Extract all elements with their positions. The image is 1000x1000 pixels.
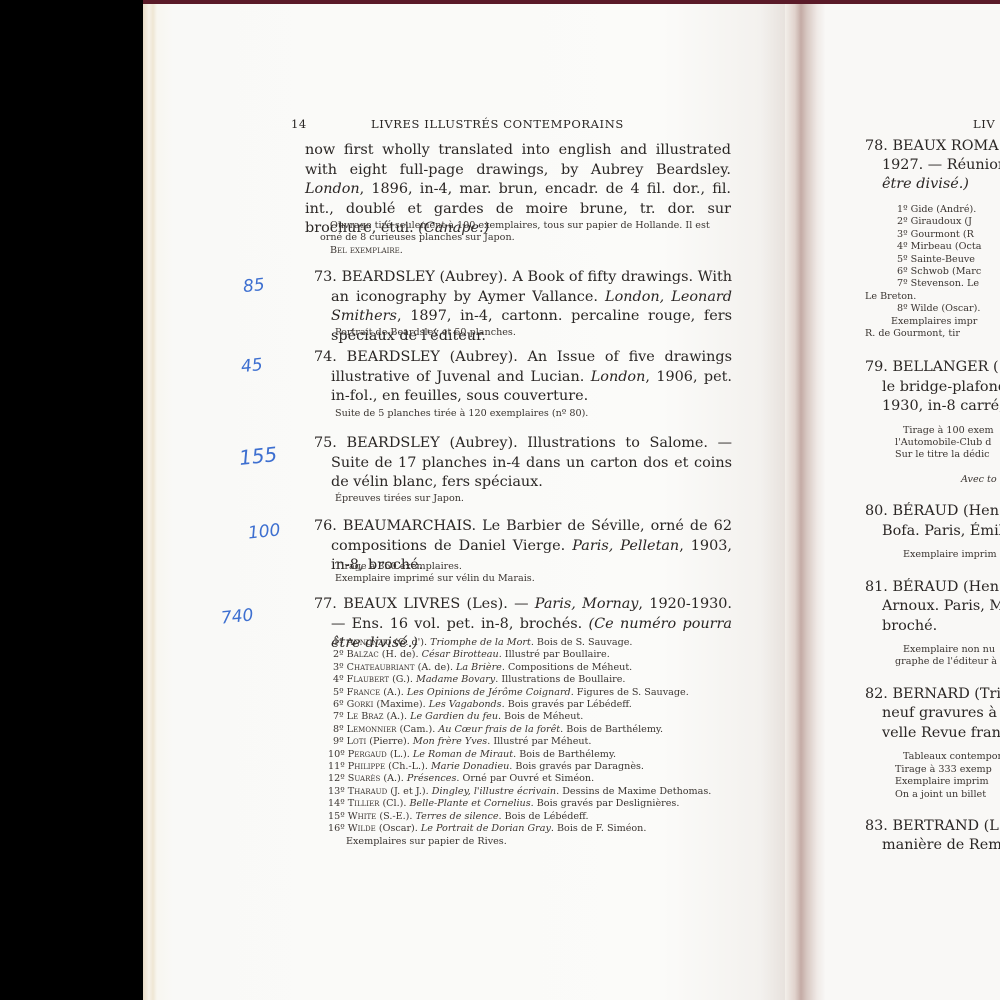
running-head: LIVRES ILLUSTRÉS CONTEMPORAINS	[371, 117, 624, 131]
entry-note-73: Portrait de Beardsley et 50 planches.	[335, 327, 516, 339]
catalog-entry-75: 75. BEARDSLEY (Aubrey). Illustrations to…	[314, 434, 732, 493]
volume-item: 8º Lemonnier (Cam.). Au Cœur frais de la…	[328, 724, 728, 736]
right-page-entry: 81. BÉRAUD (HenArnoux. Paris, Mbroché.Ex…	[865, 578, 1000, 669]
volume-item: 14º Tillier (Cl.). Belle-Plante et Corne…	[328, 798, 728, 810]
handwritten-price-75: 155	[238, 442, 278, 470]
running-head-right: LIV	[973, 117, 995, 131]
volume-item: 15º White (S.-E.). Terres de silence. Bo…	[328, 811, 728, 823]
volume-item: 6º Gorki (Maxime). Les Vagabonds. Bois g…	[328, 699, 728, 711]
volume-item: 11º Philippe (Ch.-L.). Marie Donadieu. B…	[328, 761, 728, 773]
right-page-line: 2º Giraudoux (J	[865, 216, 1000, 228]
volume-item: 3º Chateaubriant (A. de). La Brière. Com…	[328, 662, 728, 674]
right-page-line: Le Breton.	[865, 291, 1000, 303]
right-page-entries-79-83: 79. BELLANGER (le bridge-plafond.1930, i…	[865, 358, 1000, 872]
entry-note-76: Tirage à 350 exemplaires. Exemplaire imp…	[335, 561, 535, 586]
volume-item: 9º Loti (Pierre). Mon frère Yves. Illust…	[328, 736, 728, 748]
handwritten-price-77: 740	[220, 605, 254, 628]
volume-list-closing-note: Exemplaires sur papier de Rives.	[328, 836, 728, 848]
volume-list-77: 1º Annunzio (G. d'). Triomphe de la Mort…	[328, 637, 728, 848]
volume-item: 4º Flaubert (G.). Madame Bovary. Illustr…	[328, 674, 728, 686]
right-page-line: 6º Schwob (Marc	[865, 266, 1000, 278]
right-page-line: 5º Sainte-Beuve	[865, 254, 1000, 266]
volume-item: 13º Tharaud (J. et J.). Dingley, l'illus…	[328, 786, 728, 798]
right-page-line: 1º Gide (André).	[865, 204, 1000, 216]
right-page-line: 1927. — Réunion	[865, 156, 1000, 175]
right-page-entry-78: 78. BEAUX ROMA1927. — Réunionêtre divisé…	[865, 137, 1000, 340]
volume-item: 12º Suarès (A.). Présences. Orné par Ouv…	[328, 773, 728, 785]
entry-note-74: Suite de 5 planches tirée à 120 exemplai…	[335, 408, 588, 420]
book-gutter	[785, 4, 825, 1000]
right-page-line: 8º Wilde (Oscar).	[865, 303, 1000, 315]
right-page-entry: 80. BÉRAUD (HenBofa. Paris, ÉmilExemplai…	[865, 502, 1000, 561]
right-page-line: 7º Stevenson. Le	[865, 278, 1000, 290]
volume-item: 1º Annunzio (G. d'). Triomphe de la Mort…	[328, 637, 728, 649]
right-page: LIV 78. BEAUX ROMA1927. — Réunionêtre di…	[825, 4, 1000, 1000]
left-page: 14 LIVRES ILLUSTRÉS CONTEMPORAINS now fi…	[143, 4, 793, 1000]
volume-item: 5º France (A.). Les Opinions de Jérôme C…	[328, 687, 728, 699]
entry-note-75: Épreuves tirées sur Japon.	[335, 493, 464, 505]
right-page-entry: 82. BERNARD (Trineuf gravures à l'evelle…	[865, 685, 1000, 801]
right-page-entry: 79. BELLANGER (le bridge-plafond.1930, i…	[865, 358, 1000, 486]
volume-item: 10º Pergaud (L.). Le Roman de Miraut. Bo…	[328, 749, 728, 761]
continued-entry-note: Ouvrage tiré seulement à 100 exemplaires…	[320, 220, 730, 257]
handwritten-price-76: 100	[247, 520, 281, 543]
volume-item: 2º Balzac (H. de). César Birotteau. Illu…	[328, 649, 728, 661]
handwritten-price-74: 45	[240, 355, 264, 377]
right-page-entry: 83. BERTRAND (Lmanière de Rembr	[865, 817, 1000, 856]
volume-item: 7º Le Braz (A.). Le Gardien du feu. Bois…	[328, 711, 728, 723]
right-page-line: 78. BEAUX ROMA	[865, 137, 1000, 156]
catalog-entry-74: 74. BEARDSLEY (Aubrey). An Issue of five…	[314, 348, 732, 407]
right-page-line: Exemplaires impr	[865, 316, 1000, 328]
page-number: 14	[291, 117, 307, 131]
right-page-line: 4º Mirbeau (Octa	[865, 241, 1000, 253]
right-page-line: être divisé.)	[865, 175, 1000, 194]
right-page-line: R. de Gourmont, tir	[865, 328, 1000, 340]
right-page-line: 3º Gourmont (R	[865, 229, 1000, 241]
volume-item: 16º Wilde (Oscar). Le Portrait de Dorian…	[328, 823, 728, 835]
handwritten-price-73: 85	[242, 275, 266, 297]
